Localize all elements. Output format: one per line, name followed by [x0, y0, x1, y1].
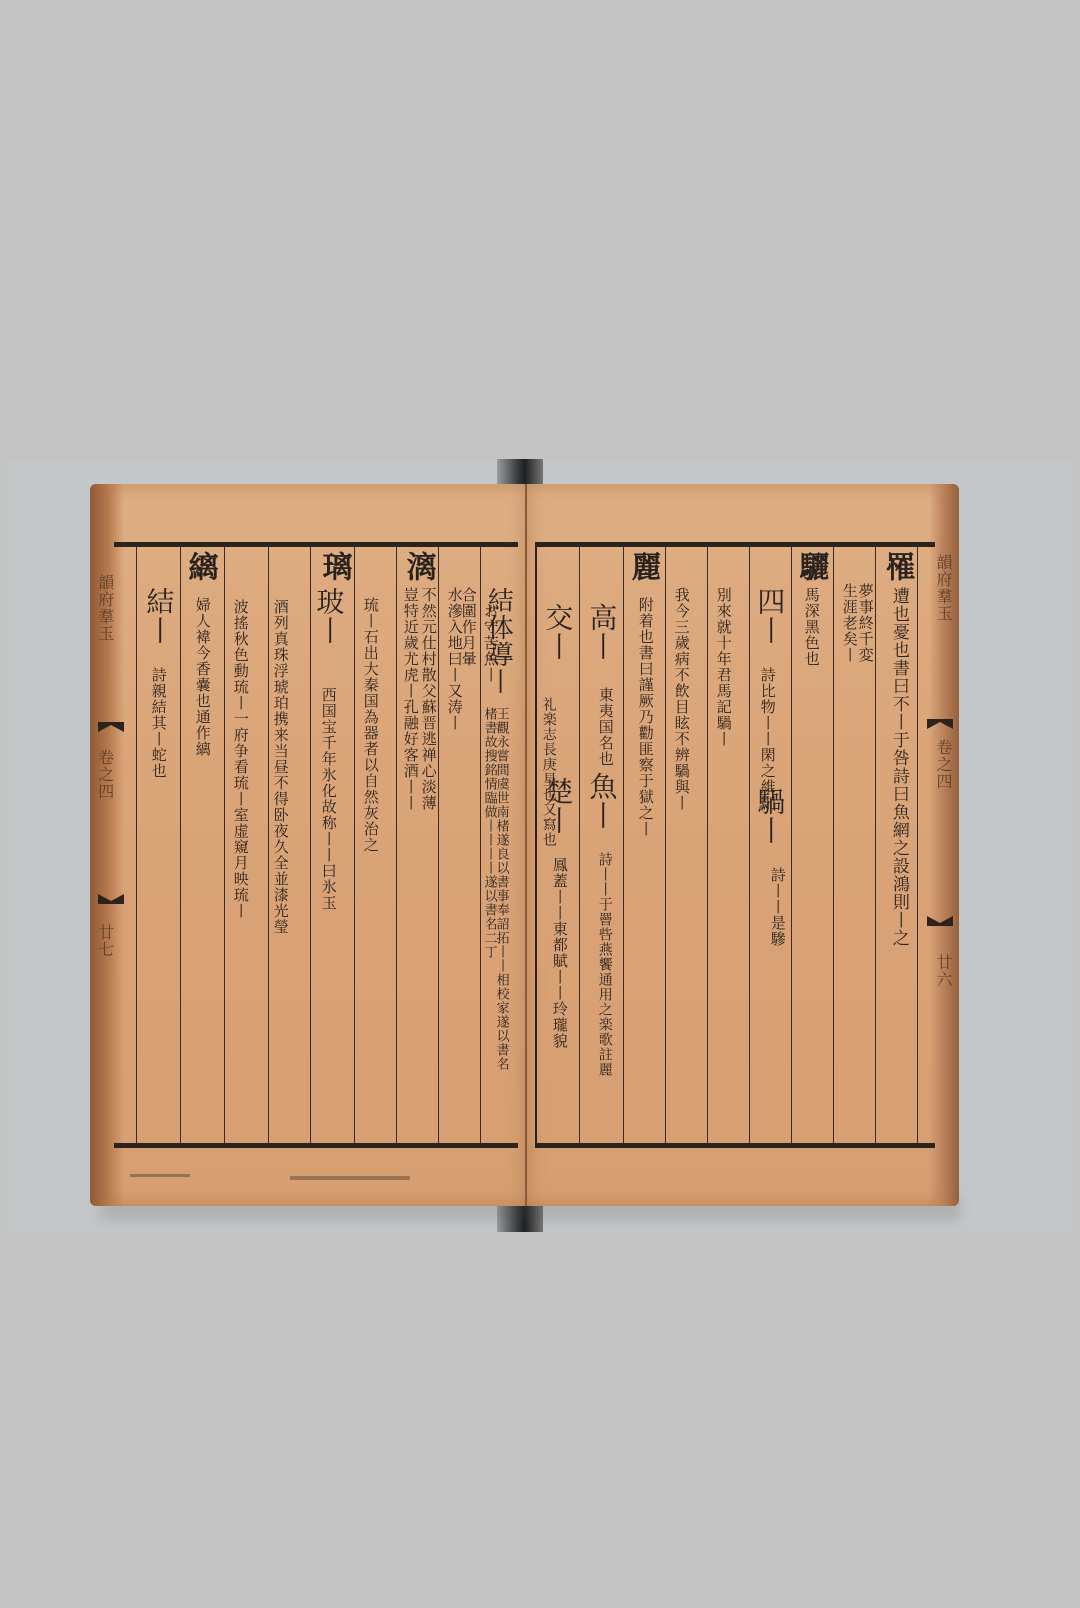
right-margin-title: 韻府羣玉	[934, 554, 951, 622]
text-col-buran: 不然元仕村散父蘇晋逃禅心淡薄	[420, 587, 436, 811]
right-margin-volume: 卷之四	[934, 739, 951, 790]
head-li-silk: 縭	[184, 551, 216, 582]
text-col-heyuan: 合圍作月暈	[460, 587, 476, 667]
text-col-boyao: 波搖秋色動琉丨一府争看琉丨室虚窺月映琉丨	[232, 599, 248, 919]
text-col-bielai: 別來就十年君馬記騧丨	[715, 587, 731, 747]
left-margin-volume: 卷之四	[96, 749, 113, 800]
entry-gao: 高丨	[587, 603, 616, 661]
head-li-suffer: 罹	[881, 551, 913, 582]
entry-gua: 騧丨	[755, 787, 784, 845]
head-li-glass: 璃	[318, 551, 350, 582]
text-li-beauty: 附着也書曰謹厥乃勸匪察于獄之丨	[637, 597, 653, 837]
left-margin-title: 韻府羣玉	[96, 574, 113, 642]
entry-jie: 結丨	[144, 587, 173, 645]
text-col-jiulie: 酒列真珠浮琥珀携来当昼不得卧夜久全並漆光瑩	[272, 599, 288, 935]
right-page: 韻府羣玉 卷之四 廿六 交丨 礼楽志長庚星也又寫也 楚丨 鳳蓋丨丨東都賦丨丨玲瓏…	[527, 484, 959, 1206]
note-jietidao-b: 楮書故搜銘情臨做丨丨丨丨遂以書名二丁	[482, 707, 496, 959]
right-page-frame: 交丨 礼楽志長庚星也又寫也 楚丨 鳳蓋丨丨東都賦丨丨玲瓏貌 高丨 東夷国名也 魚…	[535, 542, 935, 1148]
note-chu: 鳳蓋丨丨東都賦丨丨玲瓏貌	[551, 857, 567, 1049]
entry-jietidao: 結体導丨	[484, 587, 511, 695]
text-li-silk: 婦人褘今香嚢也通作縭	[194, 597, 210, 757]
text-col-qite: 豈特近歲尤虎丨孔融好客酒丨丨	[402, 587, 418, 811]
text-li-horse: 馬深黑色也	[803, 587, 819, 667]
note-gua: 詩丨丨是驂	[769, 867, 785, 947]
note-bo: 西国宝千年氷化故称丨丨曰氷玉	[320, 687, 336, 911]
note-jie: 詩親結其丨蛇也	[150, 667, 166, 779]
right-margin-leaf: 廿六	[934, 954, 951, 988]
left-margin-leaf: 廿七	[96, 924, 113, 958]
entry-si: 四丨	[755, 587, 784, 645]
text-col-wojin: 我今三歲病不飲目眩不辨騧與丨	[673, 587, 689, 811]
entry-yu: 魚丨	[587, 772, 616, 830]
text-col-mengshi: 夢事終千変	[857, 583, 873, 663]
entry-chu: 楚丨	[543, 777, 572, 835]
text-col-shengya: 生涯老矣丨	[841, 583, 857, 663]
entry-jiao: 交丨	[543, 603, 572, 661]
ink-smudge	[290, 1176, 410, 1180]
text-li-suffer: 遭也憂也書曰不丨于咎詩曰魚網之設鴻則丨之	[889, 587, 907, 947]
note-gao: 東夷国名也	[597, 687, 613, 767]
head-li-horse: 驪	[795, 551, 827, 582]
text-li-glass: 琉丨石出大秦国為器者以自然灰治之	[362, 597, 378, 853]
head-li-water: 漓	[402, 551, 434, 582]
entry-bo: 玻丨	[314, 587, 343, 645]
left-page: 韻府羣玉 卷之四 廿七 結丨 詩親結其丨蛇也 縭 婦人褘今香嚢也通作縭 波搖秋色…	[90, 484, 526, 1206]
ink-smudge	[130, 1174, 190, 1177]
head-li-beauty: 麗	[627, 551, 659, 582]
left-page-frame: 結丨 詩親結其丨蛇也 縭 婦人褘今香嚢也通作縭 波搖秋色動琉丨一府争看琉丨室虚窺…	[114, 542, 518, 1148]
note-yu: 詩丨丨于罾呰燕饗通用之楽歌註麗	[597, 852, 612, 1077]
